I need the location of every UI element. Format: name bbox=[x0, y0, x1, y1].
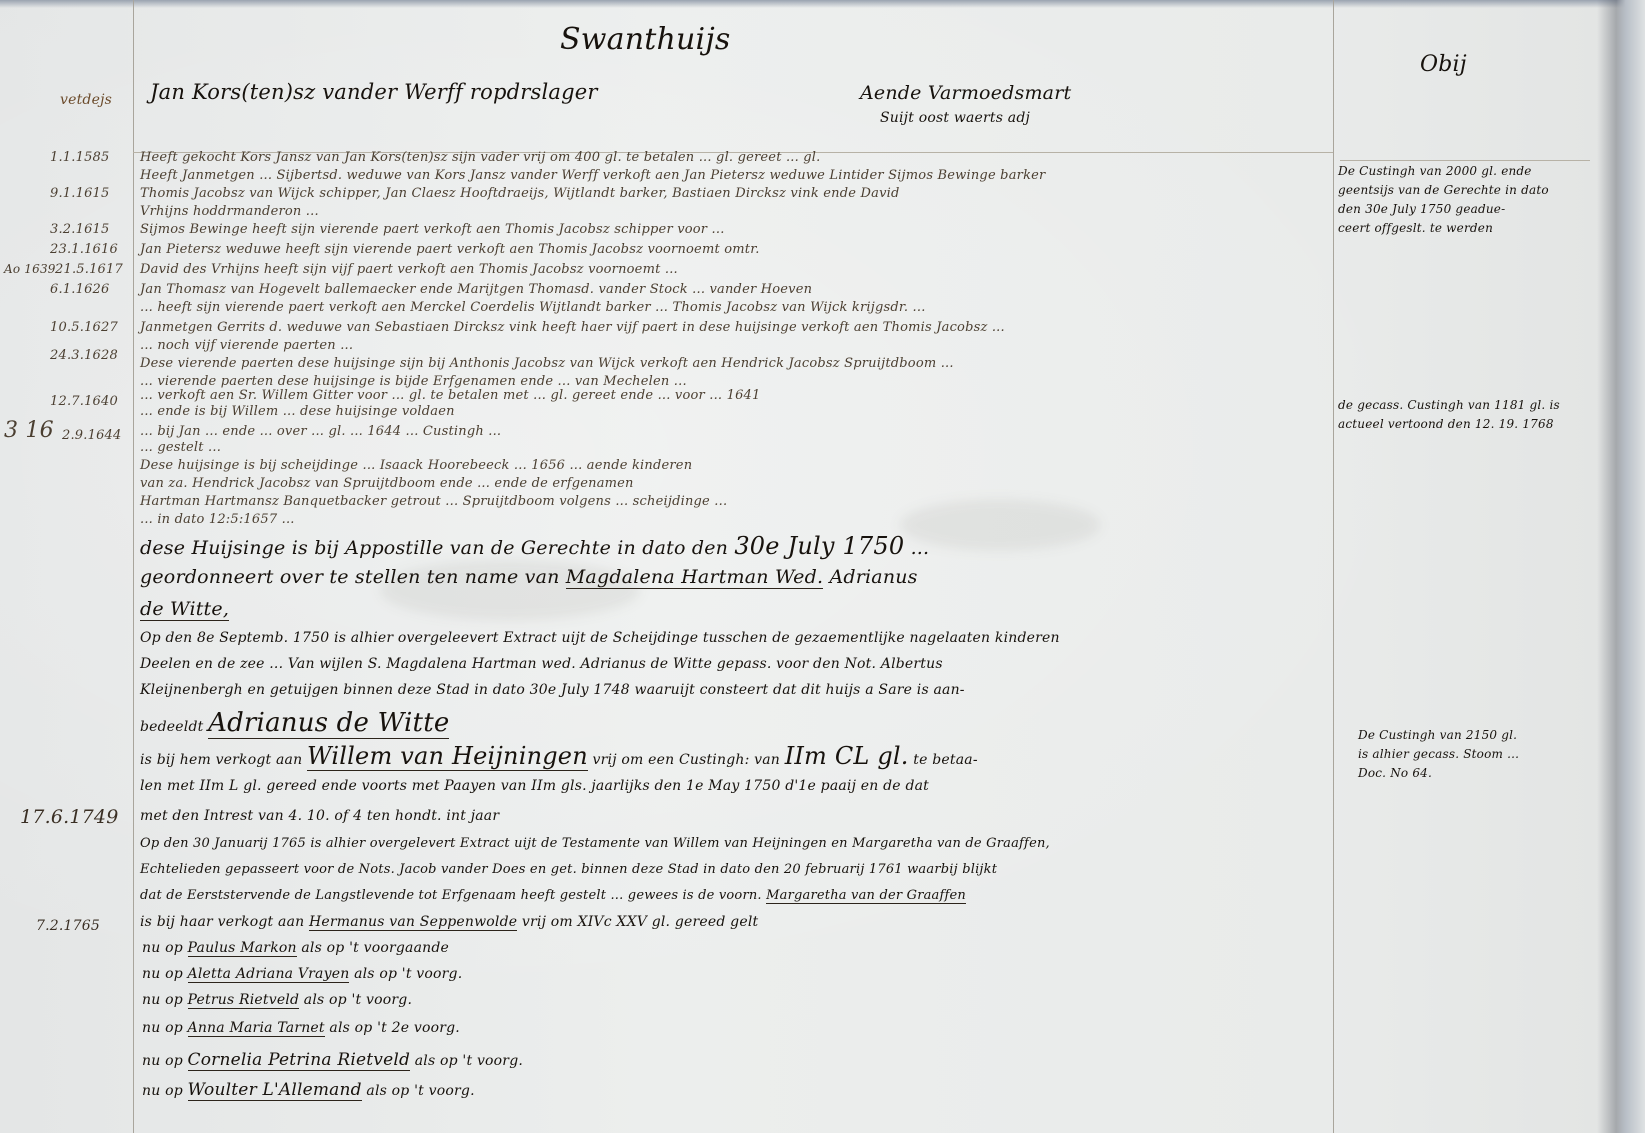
left-margin-rule bbox=[133, 0, 134, 1133]
entry-text: ... gestelt ... bbox=[140, 440, 221, 455]
owner-prefix: nu op bbox=[142, 1020, 183, 1036]
entry-text: ... bbox=[904, 537, 929, 559]
entry-text: ... heeft sijn vierende paert verkoft ae… bbox=[140, 300, 926, 315]
entry-text: Dese vierende paerten dese huijsinge sij… bbox=[140, 356, 954, 371]
owner-prefix: nu op bbox=[142, 1083, 183, 1099]
owner-name: Paulus Markon bbox=[188, 940, 297, 957]
note-line: geentsijs van de Gerechte in dato bbox=[1338, 181, 1549, 200]
list-item: nu op Paulus Markon als op 't voorgaande bbox=[142, 940, 449, 956]
list-item: nu op Anna Maria Tarnet als op 't 2e voo… bbox=[142, 1020, 460, 1036]
right-note: De Custingh van 2000 gl. ende geentsijs … bbox=[1338, 162, 1549, 238]
owner-name: Woulter L'Allemand bbox=[188, 1080, 362, 1101]
manuscript-page: Swanthuijs vetdejs Jan Kors(ten)sz vande… bbox=[0, 0, 1645, 1133]
left-margin-label: vetdejs bbox=[60, 92, 112, 108]
owner-name: Margaretha van der Graaffen bbox=[766, 888, 966, 904]
owner-suffix: als op 't voorg. bbox=[354, 966, 462, 982]
entry-text: ... in dato 12:5:1657 ... bbox=[140, 512, 295, 527]
entry-line: is bij hem verkogt aan Willem van Heijni… bbox=[140, 742, 978, 770]
owner-suffix: als op 't voorg. bbox=[415, 1053, 523, 1069]
entry-date: 1.1.1585 bbox=[50, 150, 110, 165]
entry-text: vrij om XIVc XXV gl. gereed gelt bbox=[517, 914, 758, 930]
entry-text: Heeft gekocht Kors Jansz van Jan Kors(te… bbox=[140, 150, 821, 165]
page-top-edge bbox=[0, 0, 1645, 8]
entry-text: Heeft Janmetgen ... Sijbertsd. weduwe va… bbox=[140, 168, 1045, 183]
entry-date: 7.2.1765 bbox=[36, 918, 100, 934]
owner-name: Adrianus de Witte bbox=[208, 708, 449, 739]
entry-text: ... bij Jan ... ende ... over ... gl. ..… bbox=[140, 424, 501, 439]
note-line: De Custingh van 2150 gl. bbox=[1358, 726, 1519, 745]
location-line-2: Suijt oost waerts adj bbox=[880, 110, 1030, 126]
margin-mark: 3 16 bbox=[4, 418, 54, 443]
entry-line: dese Huijsinge is bij Appostille van de … bbox=[140, 532, 929, 560]
entry-text: Janmetgen Gerrits d. weduwe van Sebastia… bbox=[140, 320, 1005, 335]
note-line: de gecass. Custingh van 1181 gl. is bbox=[1338, 396, 1560, 415]
entry-line: geordonneert over te stellen ten name va… bbox=[140, 566, 918, 588]
owner-prefix: nu op bbox=[142, 1053, 183, 1069]
entry-date: 9.1.1615 bbox=[50, 186, 110, 201]
entry-line: is bij haar verkogt aan Hermanus van Sep… bbox=[140, 914, 758, 930]
owner-suffix: als op 't voorg. bbox=[304, 992, 412, 1008]
note-line: den 30e July 1750 geadue- bbox=[1338, 200, 1549, 219]
note-line: De Custingh van 2000 gl. ende bbox=[1338, 162, 1549, 181]
entry-text: ... verkoft aen Sr. Willem Gitter voor .… bbox=[140, 388, 761, 403]
owner-prefix: nu op bbox=[142, 940, 183, 956]
entry-line: Echtelieden gepasseert voor de Nots. Jac… bbox=[140, 862, 997, 877]
entry-date: 3.2.1615 bbox=[50, 222, 110, 237]
page-binding-edge bbox=[1597, 0, 1645, 1133]
entry-date: 21.5.1617 bbox=[55, 262, 123, 277]
entry-text: Dese huijsinge is bij scheijdinge ... Is… bbox=[140, 458, 692, 473]
entry-text: David des Vrhijns heeft sijn vijf paert … bbox=[140, 262, 678, 277]
list-item: nu op Cornelia Petrina Rietveld als op '… bbox=[142, 1050, 523, 1070]
entry-date: 17.6.1749 bbox=[20, 806, 119, 828]
entry-text: dese Huijsinge is bij Appostille van de … bbox=[140, 537, 734, 559]
entry-date-emphasis: 30e July 1750 bbox=[734, 532, 904, 560]
owner-name: Anna Maria Tarnet bbox=[188, 1020, 325, 1037]
ink-smudge bbox=[900, 500, 1100, 550]
entry-line: dat de Eerststervende de Langstlevende t… bbox=[140, 888, 966, 903]
entry-line: met den Intrest van 4. 10. of 4 ten hond… bbox=[140, 808, 499, 824]
note-line: is alhier gecass. Stoom ... bbox=[1358, 745, 1519, 764]
note-line: ceert offgeslt. te werden bbox=[1338, 219, 1549, 238]
entry-text: ... ende is bij Willem ... dese huijsing… bbox=[140, 404, 455, 419]
entry-line: de Witte, bbox=[140, 598, 229, 620]
note-line: Doc. No 64. bbox=[1358, 764, 1519, 783]
entry-text: Jan Thomasz van Hogevelt ballemaecker en… bbox=[140, 282, 812, 297]
entry-date: 6.1.1626 bbox=[50, 282, 110, 297]
entry-line: bedeeldt Adrianus de Witte bbox=[140, 708, 449, 738]
location-line-1: Aende Varmoedsmart bbox=[860, 82, 1071, 104]
right-column-label: Obij bbox=[1420, 52, 1467, 77]
entry-date: 23.1.1616 bbox=[50, 242, 118, 257]
entry-line: Op den 30 Januarij 1765 is alhier overge… bbox=[140, 836, 1050, 851]
list-item: nu op Aletta Adriana Vrayen als op 't vo… bbox=[142, 966, 462, 982]
list-item: nu op Petrus Rietveld als op 't voorg. bbox=[142, 992, 412, 1008]
entry-text: geordonneert over te stellen ten name va… bbox=[140, 566, 566, 588]
owner-name: de Witte, bbox=[140, 598, 229, 621]
entry-text: Jan Pietersz weduwe heeft sijn vierende … bbox=[140, 242, 760, 257]
entry-text: bedeeldt bbox=[140, 719, 208, 735]
owner-line: Jan Kors(ten)sz vander Werff ropdrslager bbox=[150, 80, 598, 104]
entry-text: ... noch vijf vierende paerten ... bbox=[140, 338, 353, 353]
owner-suffix: als op 't voorgaande bbox=[301, 940, 449, 956]
owner-name: Hermanus van Seppenwolde bbox=[309, 914, 517, 931]
entry-text: Thomis Jacobsz van Wijck schipper, Jan C… bbox=[140, 186, 900, 201]
entry-text: te betaa- bbox=[909, 752, 978, 768]
right-note-rule bbox=[1340, 160, 1590, 161]
list-item: nu op Woulter L'Allemand als op 't voorg… bbox=[142, 1080, 475, 1100]
owner-suffix: als op 't 2e voorg. bbox=[329, 1020, 460, 1036]
entry-line: Deelen en de zee ... Van wijlen S. Magda… bbox=[140, 656, 943, 672]
entry-text: ... vierende paerten dese huijsinge is b… bbox=[140, 374, 687, 389]
owner-name: Aletta Adriana Vrayen bbox=[188, 966, 350, 983]
owner-name: Magdalena Hartman Wed. bbox=[566, 566, 823, 589]
entry-text: vrij om een Custingh: van bbox=[588, 752, 785, 768]
note-line: actueel vertoond den 12. 19. 1768 bbox=[1338, 415, 1560, 434]
entry-date: 2.9.1644 bbox=[62, 428, 122, 443]
owner-prefix: nu op bbox=[142, 992, 183, 1008]
entry-text: Hartman Hartmansz Banquetbacker getrout … bbox=[140, 494, 727, 509]
entry-text: is bij haar verkogt aan bbox=[140, 914, 309, 930]
entry-line: len met IIm L gl. gereed ende voorts met… bbox=[140, 778, 929, 794]
entry-text: van za. Hendrick Jacobsz van Spruijtdboo… bbox=[140, 476, 634, 491]
right-note: de gecass. Custingh van 1181 gl. is actu… bbox=[1338, 396, 1560, 434]
margin-mark: Ao 1639 bbox=[4, 262, 56, 276]
owner-prefix: nu op bbox=[142, 966, 183, 982]
owner-name: Willem van Heijningen bbox=[307, 742, 588, 771]
entry-line: Kleijnenbergh en getuijgen binnen deze S… bbox=[140, 682, 965, 698]
heading-title: Swanthuijs bbox=[560, 22, 730, 57]
entry-date: 24.3.1628 bbox=[50, 348, 118, 363]
entry-date: 12.7.1640 bbox=[50, 394, 118, 409]
right-column-rule bbox=[1333, 0, 1334, 1133]
entry-text: is bij hem verkogt aan bbox=[140, 752, 307, 768]
entry-text: Vrhijns hoddrmanderon ... bbox=[140, 204, 319, 219]
amount: IIm CL gl. bbox=[785, 742, 909, 770]
entry-line: Op den 8e Septemb. 1750 is alhier overge… bbox=[140, 630, 1060, 646]
owner-name: Petrus Rietveld bbox=[188, 992, 300, 1009]
entry-text: Sijmos Bewinge heeft sijn vierende paert… bbox=[140, 222, 725, 237]
entry-text: Adrianus bbox=[823, 566, 917, 588]
entry-date: 10.5.1627 bbox=[50, 320, 118, 335]
entry-text: dat de Eerststervende de Langstlevende t… bbox=[140, 888, 766, 903]
right-note: De Custingh van 2150 gl. is alhier gecas… bbox=[1358, 726, 1519, 783]
owner-suffix: als op 't voorg. bbox=[366, 1083, 474, 1099]
owner-name: Cornelia Petrina Rietveld bbox=[188, 1050, 411, 1071]
